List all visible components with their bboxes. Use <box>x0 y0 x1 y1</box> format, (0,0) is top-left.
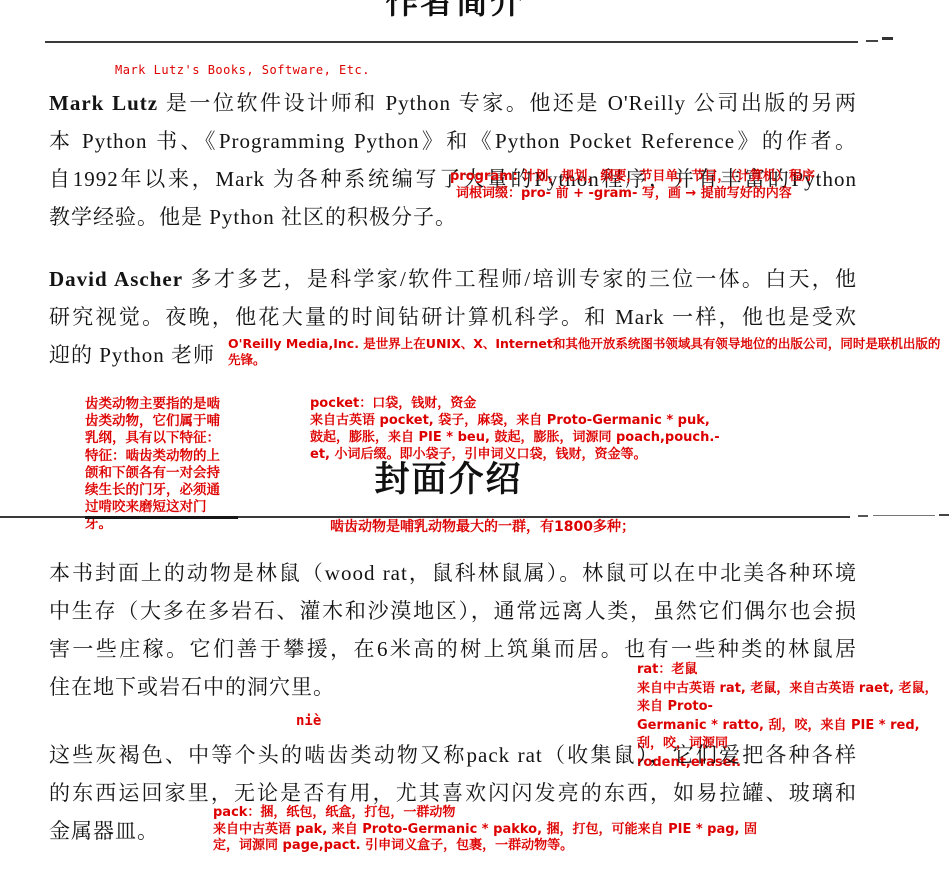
para-david-line-2: 研究视觉。夜晚，他花大量的时间钻研计算机科学。和 Mark 一样，他也是受欢 <box>49 304 857 330</box>
annotation-pocket-etymology: pocket：口袋，钱财，资金 来自古英语 pocket, 袋子，麻袋，来自 P… <box>310 395 720 463</box>
page-title-cover-intro: 封面介绍 <box>0 462 923 497</box>
divider-top-dash-2 <box>882 37 893 40</box>
divider-middle-dash-3 <box>939 514 949 516</box>
author-name-mark-lutz: Mark Lutz <box>49 91 158 115</box>
divider-middle-dash-2 <box>873 515 935 516</box>
para-packrat-line-1: 这些灰褐色、中等个头的啮齿类动物又称pack rat（收集鼠），它们爱把各种各样 <box>49 742 857 768</box>
divider-middle-dash-1 <box>858 515 868 517</box>
para-david-line-1-text: 多才多艺，是科学家/软件工程师/培训专家的三位一体。白天，他 <box>183 267 857 291</box>
annotation-oreilly-media: O'Reilly Media,Inc. 是世界上在UNIX、X、Internet… <box>228 336 949 368</box>
para-mark-line-2: 本 Python 书、《Programming Python》和《Python … <box>49 128 857 154</box>
para-woodrat-line-1: 本书封面上的动物是林鼠（wood rat，鼠科林鼠属）。林鼠可以在中北美各种环境 <box>49 560 857 586</box>
para-mark-line-1: Mark Lutz 是一位软件设计师和 Python 专家。他还是 O'Reil… <box>49 90 857 116</box>
annotation-mark-lutz-books: Mark Lutz's Books, Software, Etc. <box>115 63 370 77</box>
para-mark-line-4: 教学经验。他是 Python 社区的积极分子。 <box>49 204 857 230</box>
divider-middle-thick-segment <box>85 516 238 519</box>
divider-top-dash-1 <box>866 40 878 42</box>
annotation-program-roots: 词根词缀：pro- 前 + -gram- 写，画 → 提前写好的内容 <box>456 185 792 202</box>
para-mark-line-1-text: 是一位软件设计师和 Python 专家。他还是 O'Reilly 公司出版的另两 <box>158 91 857 115</box>
para-packrat-line-2: 的东西运回家里，无论是否有用，尤其喜欢闪闪发亮的东西，如易拉罐、玻璃和 <box>49 780 857 806</box>
para-woodrat-line-3: 害一些庄稼。它们善于攀援，在6米高的树上筑巢而居。也有一些种类的林鼠居 <box>49 636 857 662</box>
para-david-line-1: David Ascher 多才多艺，是科学家/软件工程师/培训专家的三位一体。白… <box>49 266 857 292</box>
book-page: 作者简介 Mark Lutz's Books, Software, Etc. M… <box>0 0 949 885</box>
annotation-program-definition: program: 计划，规划，纲要，节目单，节目，（计算机）程序 <box>450 168 815 185</box>
divider-top <box>45 41 858 43</box>
annotation-pack-etymology: pack：捆，纸包，纸盒，打包，一群动物 来自中古英语 pak, 来自 Prot… <box>213 805 757 855</box>
para-woodrat-line-2: 中生存（大多在多岩石、灌木和沙漠地区），通常远离人类，虽然它们偶尔也会损 <box>49 598 857 624</box>
annotation-rodent-count: 啮齿动物是哺乳动物最大的一群，有1800多种； <box>330 519 635 536</box>
annotation-nie-pinyin: niè <box>296 713 321 729</box>
author-name-david-ascher: David Ascher <box>49 267 183 291</box>
page-title-author-intro: 作者简介 <box>0 0 930 20</box>
